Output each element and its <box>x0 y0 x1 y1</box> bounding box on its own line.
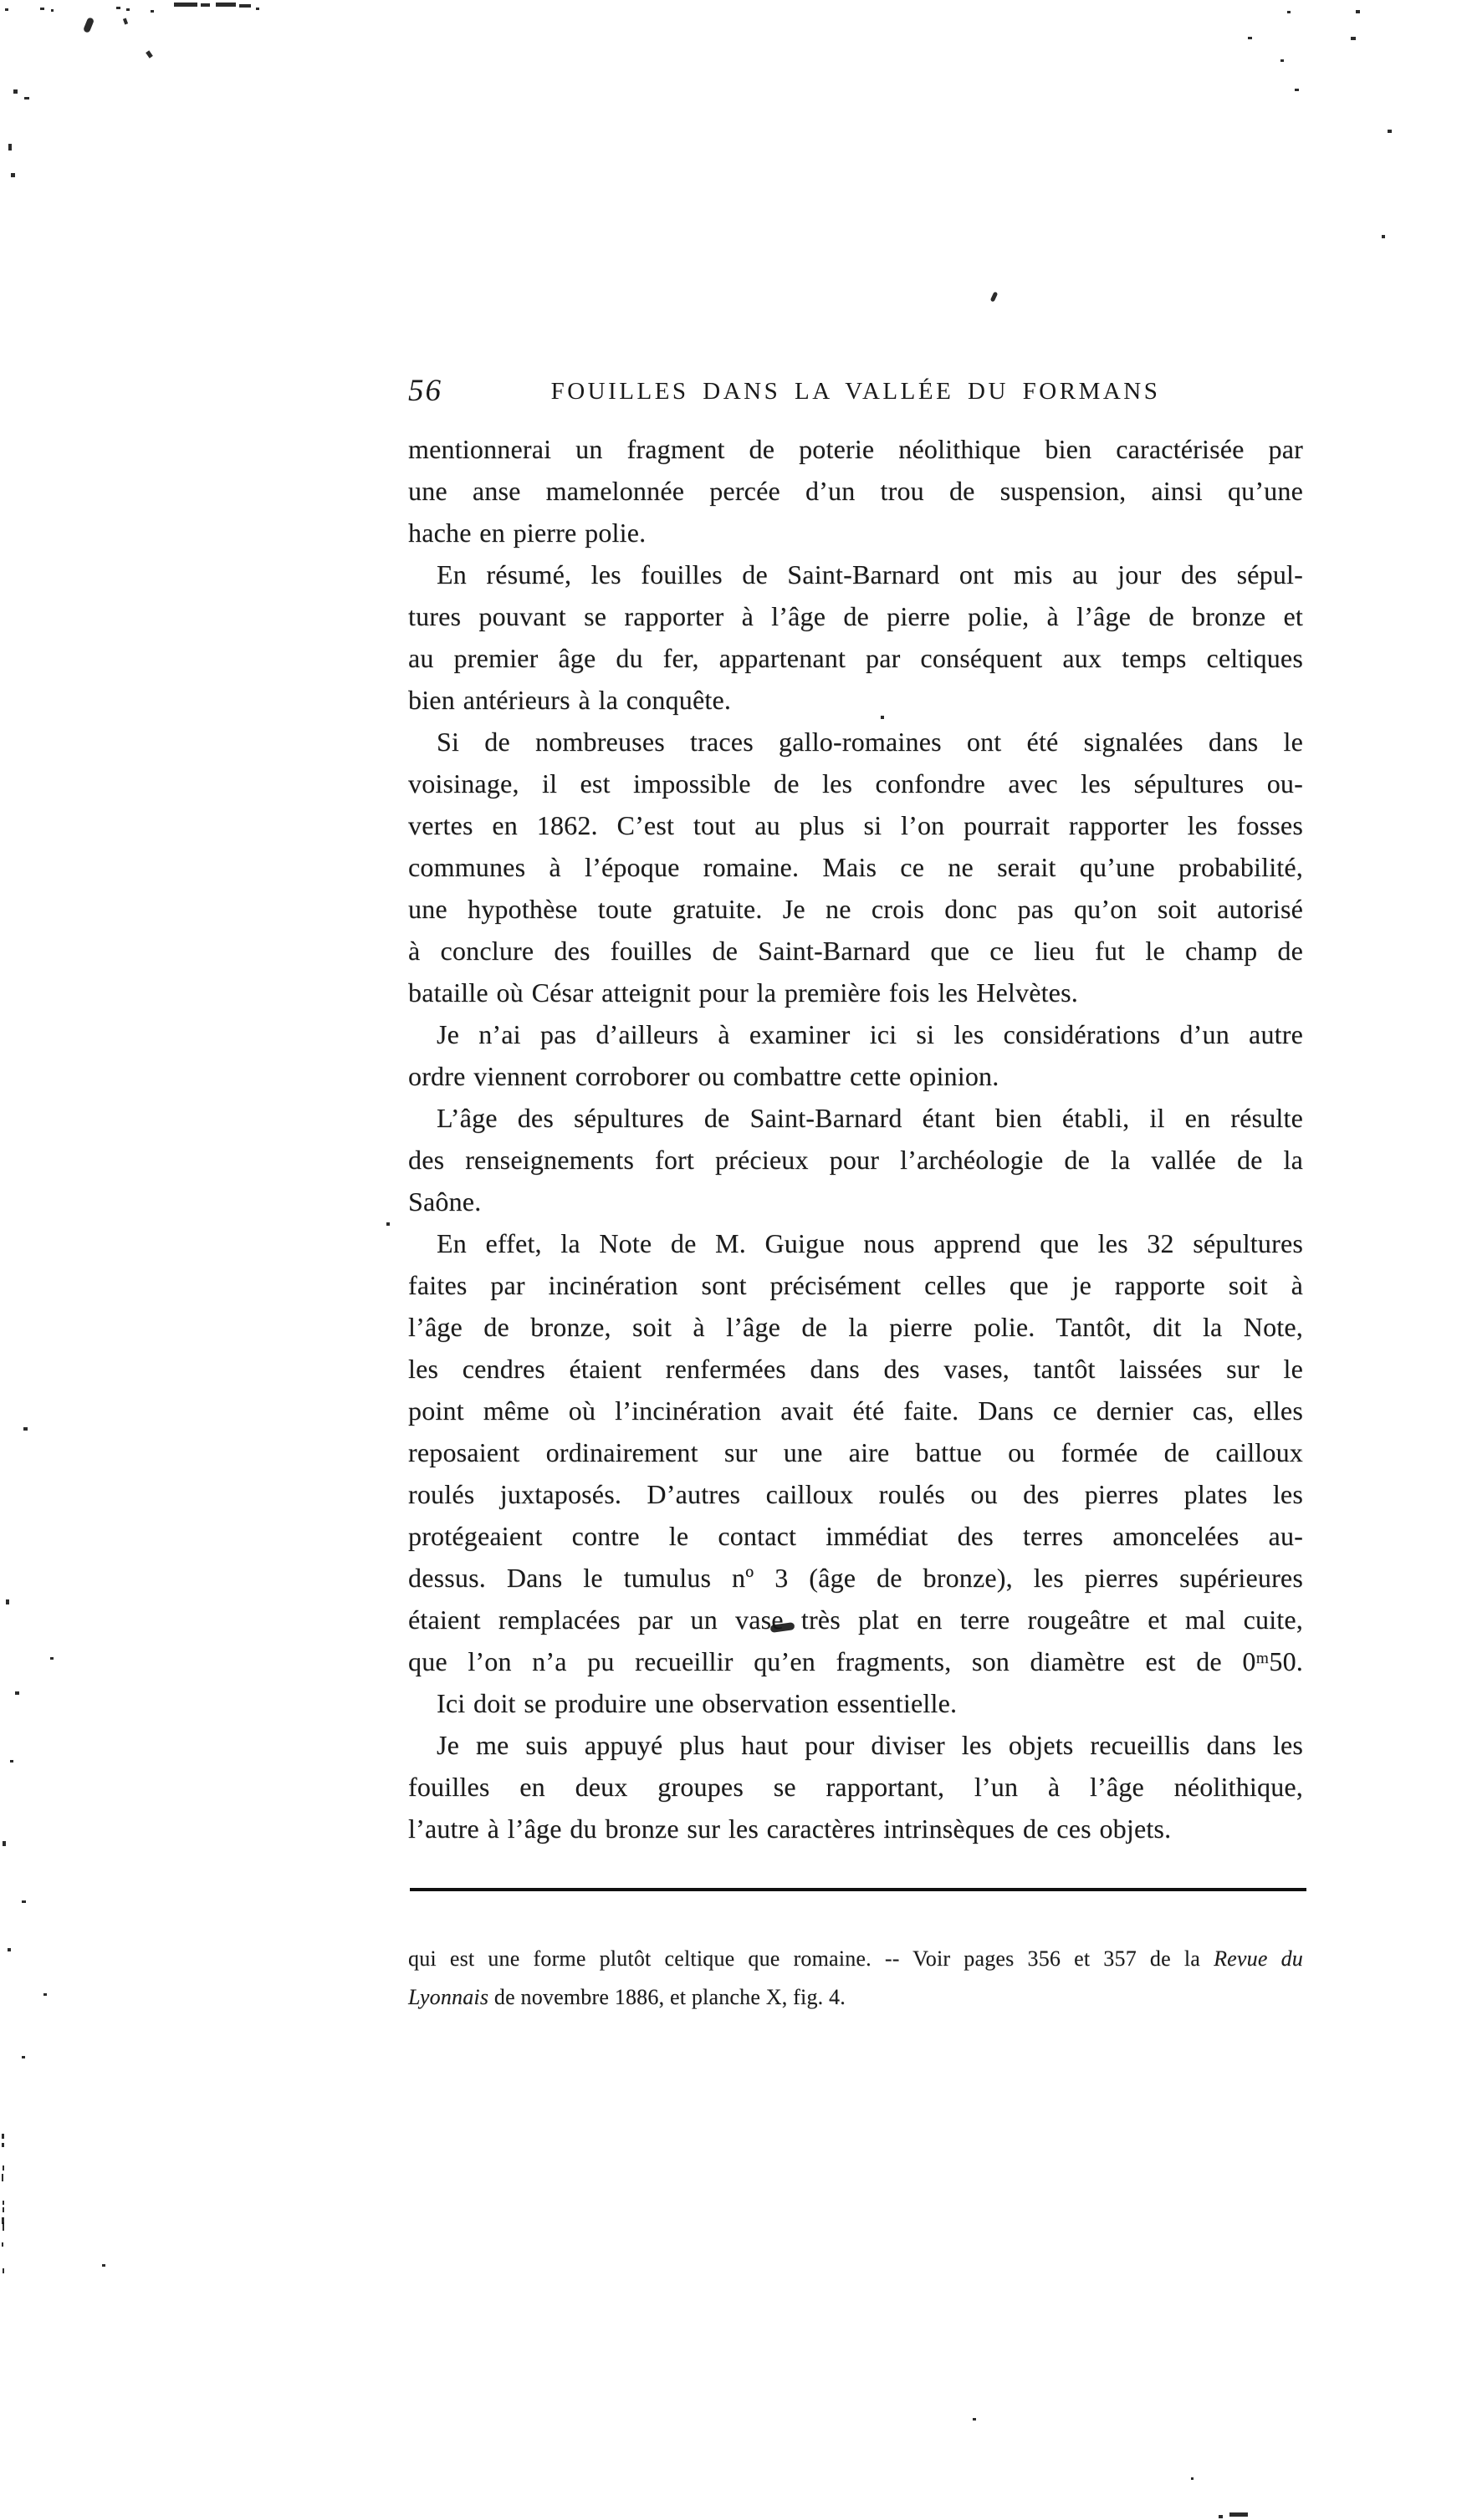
body-paragraph-7: Ici doit se produire une observation ess… <box>408 1682 1303 1724</box>
text-line: faites par incinération sont précisément… <box>408 1264 1303 1306</box>
edge-dash <box>3 2165 4 2171</box>
top-dash <box>174 3 197 7</box>
footnote-line: qui est une forme plutôt celtique que ro… <box>408 1940 1303 1978</box>
top-dash <box>216 3 236 7</box>
body-paragraph-5: L’âge des sépultures de Saint-Barnard ét… <box>408 1097 1303 1222</box>
scan-speck <box>8 1948 11 1951</box>
text-line: à conclure des fouilles de Saint-Barnard… <box>408 930 1303 972</box>
scan-speck <box>43 1993 47 1996</box>
text-line: Je n’ai pas d’ailleurs à examiner ici si… <box>408 1013 1303 1055</box>
footnote-italic-text: Revue du <box>1214 1946 1303 1971</box>
footnote-text: de novembre 1886, et planche X, fig. 4. <box>488 1985 846 2009</box>
footnote-line: Lyonnais de novembre 1886, et planche X,… <box>408 1978 1303 2017</box>
scan-speck <box>1351 37 1356 40</box>
text-line: L’âge des sépultures de Saint-Barnard ét… <box>408 1097 1303 1139</box>
scan-speck <box>116 7 120 9</box>
scan-speck <box>22 1900 26 1903</box>
scan-speck <box>256 8 259 10</box>
text-line: ordre viennent corroborer ou combattre c… <box>408 1055 1303 1097</box>
text-line: tures pouvant se rapporter à l’âge de pi… <box>408 595 1303 637</box>
edge-dash <box>3 2268 4 2273</box>
slash-mark <box>990 292 999 303</box>
scanned-book-page: 56 FOUILLES DANS LA VALLÉE DU FORMANS me… <box>0 0 1467 2520</box>
scan-speck <box>126 8 130 11</box>
top-dash <box>201 3 210 7</box>
scan-speck <box>146 50 153 58</box>
edge-dash <box>2 2174 3 2181</box>
edge-dash <box>2 2217 4 2224</box>
text-line: fouilles en deux groupes se rapportant, … <box>408 1766 1303 1808</box>
text-line: une anse mamelonnée percée d’un trou de … <box>408 470 1303 512</box>
scan-speck <box>1388 130 1392 133</box>
text-line: dessus. Dans le tumulus nº 3 (âge de bro… <box>408 1557 1303 1599</box>
scan-speck <box>1280 59 1284 62</box>
text-line: En effet, la Note de M. Guigue nous appr… <box>408 1222 1303 1264</box>
body-paragraph-6: En effet, la Note de M. Guigue nous appr… <box>408 1222 1303 1682</box>
scan-speck <box>1287 11 1291 13</box>
scan-speck <box>8 144 12 150</box>
scan-speck <box>1382 235 1385 238</box>
scan-speck <box>50 1657 54 1660</box>
scan-speck <box>1219 2515 1223 2518</box>
scan-speck <box>22 2056 25 2058</box>
scan-speck <box>102 2264 105 2267</box>
text-line: reposaient ordinairement sur une aire ba… <box>408 1431 1303 1473</box>
text-line: des renseignements fort précieux pour l’… <box>408 1139 1303 1181</box>
text-line: En résumé, les fouilles de Saint-Barnard… <box>408 553 1303 595</box>
text-line: protégeaient contre le contact immédiat … <box>408 1515 1303 1557</box>
scan-speck <box>1191 2477 1194 2480</box>
scan-speck <box>123 18 128 25</box>
text-line: Saône. <box>408 1181 1303 1222</box>
scan-speck <box>386 1222 390 1226</box>
scan-speck <box>973 2418 976 2421</box>
body-paragraph-4: Je n’ai pas d’ailleurs à examiner ici si… <box>408 1013 1303 1097</box>
text-line: hache en pierre polie. <box>408 512 1303 553</box>
text-line: bataille où César atteignit pour la prem… <box>408 972 1303 1013</box>
text-line: voisinage, il est impossible de les conf… <box>408 763 1303 804</box>
text-line: Je me suis appuyé plus haut pour diviser… <box>408 1724 1303 1766</box>
text-line: l’autre à l’âge du bronze sur les caract… <box>408 1808 1303 1849</box>
body-paragraph-3: Si de nombreuses traces gallo-romaines o… <box>408 721 1303 1013</box>
text-line: l’âge de bronze, soit à l’âge de la pier… <box>408 1306 1303 1348</box>
text-line: mentionnerai un fragment de poterie néol… <box>408 428 1303 470</box>
text-line: communes à l’époque romaine. Mais ce ne … <box>408 846 1303 888</box>
scan-speck <box>151 10 154 13</box>
scan-speck <box>1248 37 1252 39</box>
scan-speck <box>10 1760 13 1762</box>
text-line: étaient remplacées par un vase très plat… <box>408 1599 1303 1640</box>
scan-speck <box>3 1841 6 1846</box>
scan-speck <box>15 1691 19 1695</box>
body-paragraph-2: En résumé, les fouilles de Saint-Barnard… <box>408 553 1303 721</box>
scan-speck <box>1356 10 1360 13</box>
footnote-text: qui est une forme plutôt celtique que ro… <box>408 1946 1214 1971</box>
scan-speck <box>5 8 8 11</box>
scan-speck <box>40 8 44 10</box>
text-line: roulés juxtaposés. D’autres cailloux rou… <box>408 1473 1303 1515</box>
ink-comma-mark <box>83 17 95 33</box>
body-text: mentionnerai un fragment de poterie néol… <box>408 428 1303 1849</box>
text-line: au premier âge du fer, appartenant par c… <box>408 637 1303 679</box>
scan-speck <box>24 97 29 99</box>
bottom-dash <box>1229 2512 1248 2517</box>
text-line: vertes en 1862. C’est tout au plus si l’… <box>408 804 1303 846</box>
text-line: les cendres étaient renfermées dans des … <box>408 1348 1303 1390</box>
footnote: qui est une forme plutôt celtique que ro… <box>408 1940 1303 2017</box>
edge-dash <box>3 2201 4 2205</box>
edge-dash <box>3 2222 4 2231</box>
top-dash <box>239 4 251 8</box>
edge-dash <box>2 2143 4 2147</box>
scan-speck <box>23 1427 28 1431</box>
edge-dash <box>2 2134 4 2139</box>
running-title: FOUILLES DANS LA VALLÉE DU FORMANS <box>408 378 1303 406</box>
edge-dash <box>3 2207 4 2212</box>
scan-speck <box>51 9 54 12</box>
body-paragraph-8: Je me suis appuyé plus haut pour diviser… <box>408 1724 1303 1849</box>
scan-speck <box>1295 89 1299 91</box>
edge-dash <box>2 2242 3 2247</box>
text-line: Ici doit se produire une observation ess… <box>408 1682 1303 1724</box>
footnote-rule <box>410 1888 1306 1891</box>
body-paragraph-1: mentionnerai un fragment de poterie néol… <box>408 428 1303 553</box>
text-line: bien antérieurs à la conquête. <box>408 679 1303 721</box>
page-header: 56 FOUILLES DANS LA VALLÉE DU FORMANS <box>408 373 1303 411</box>
scan-speck <box>6 1599 9 1604</box>
scan-speck <box>11 173 15 177</box>
text-line: que l’on n’a pu recueillir qu’en fragmen… <box>408 1640 1303 1682</box>
text-line: une hypothèse toute gratuite. Je ne croi… <box>408 888 1303 930</box>
scan-speck <box>13 89 18 94</box>
footnote-italic-text: Lyonnais <box>408 1985 488 2009</box>
text-line: point même où l’incinération avait été f… <box>408 1390 1303 1431</box>
text-line: Si de nombreuses traces gallo-romaines o… <box>408 721 1303 763</box>
